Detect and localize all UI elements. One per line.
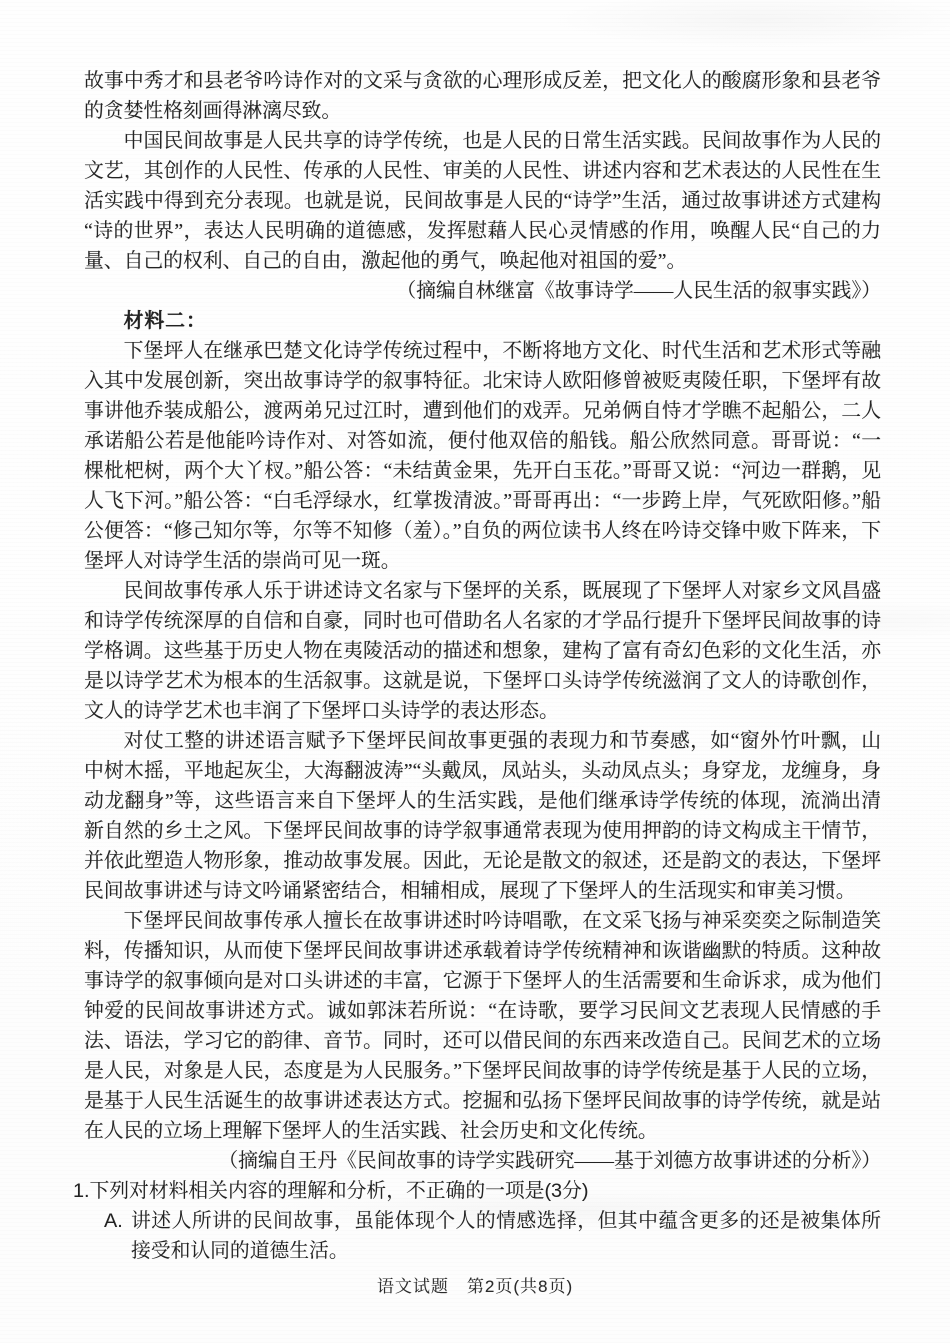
question-1-stem: 1.下列对材料相关内容的理解和分析，不正确的一项是(3分) bbox=[73, 1176, 881, 1206]
source-attribution-material-two: （摘编自王丹《民间故事的诗学实践研究——基于刘德方故事讲述的分析》） bbox=[84, 1146, 881, 1176]
page-footer-text: 语文试题 第2页(共8页) bbox=[377, 1277, 573, 1296]
source-attribution-material-one: （摘编自林继富《故事诗学——人民生活的叙事实践》） bbox=[84, 276, 881, 306]
body-paragraph: 对仗工整的讲述语言赋予下堡坪民间故事更强的表现力和节奏感，如“窗外竹叶飘，山中树… bbox=[84, 726, 881, 906]
body-paragraph: 下堡坪人在继承巴楚文化诗学传统过程中，不断将地方文化、时代生活和艺术形式等融入其… bbox=[84, 336, 881, 576]
material-two-heading: 材料二： bbox=[84, 306, 881, 336]
body-paragraph: 中国民间故事是人民共享的诗学传统，也是人民的日常生活实践。民间故事作为人民的文艺… bbox=[84, 126, 881, 276]
page-footer: 语文试题 第2页(共8页) bbox=[0, 1272, 950, 1297]
page-content: 故事中秀才和县老爷吟诗作对的文采与贪欲的心理形成反差，把文化人的酸腐形象和县老爷… bbox=[84, 66, 881, 1266]
exam-scan-page: 故事中秀才和县老爷吟诗作对的文采与贪欲的心理形成反差，把文化人的酸腐形象和县老爷… bbox=[0, 0, 950, 1343]
body-paragraph: 下堡坪民间故事传承人擅长在故事讲述时吟诗唱歌，在文采飞扬与神采奕奕之际制造笑料，… bbox=[84, 906, 881, 1146]
question-1-option-a: A. 讲述人所讲的民间故事，虽能体现个人的情感选择，但其中蕴含更多的还是被集体所… bbox=[73, 1206, 881, 1266]
option-a-text: 讲述人所讲的民间故事，虽能体现个人的情感选择，但其中蕴含更多的还是被集体所接受和… bbox=[131, 1206, 881, 1266]
option-a-label: A. bbox=[104, 1206, 131, 1266]
body-paragraph: 民间故事传承人乐于讲述诗文名家与下堡坪的关系，既展现了下堡坪人对家乡文风昌盛和诗… bbox=[84, 576, 881, 726]
body-paragraph-continuation: 故事中秀才和县老爷吟诗作对的文采与贪欲的心理形成反差，把文化人的酸腐形象和县老爷… bbox=[84, 66, 881, 126]
question-1: 1.下列对材料相关内容的理解和分析，不正确的一项是(3分) A. 讲述人所讲的民… bbox=[73, 1176, 881, 1266]
